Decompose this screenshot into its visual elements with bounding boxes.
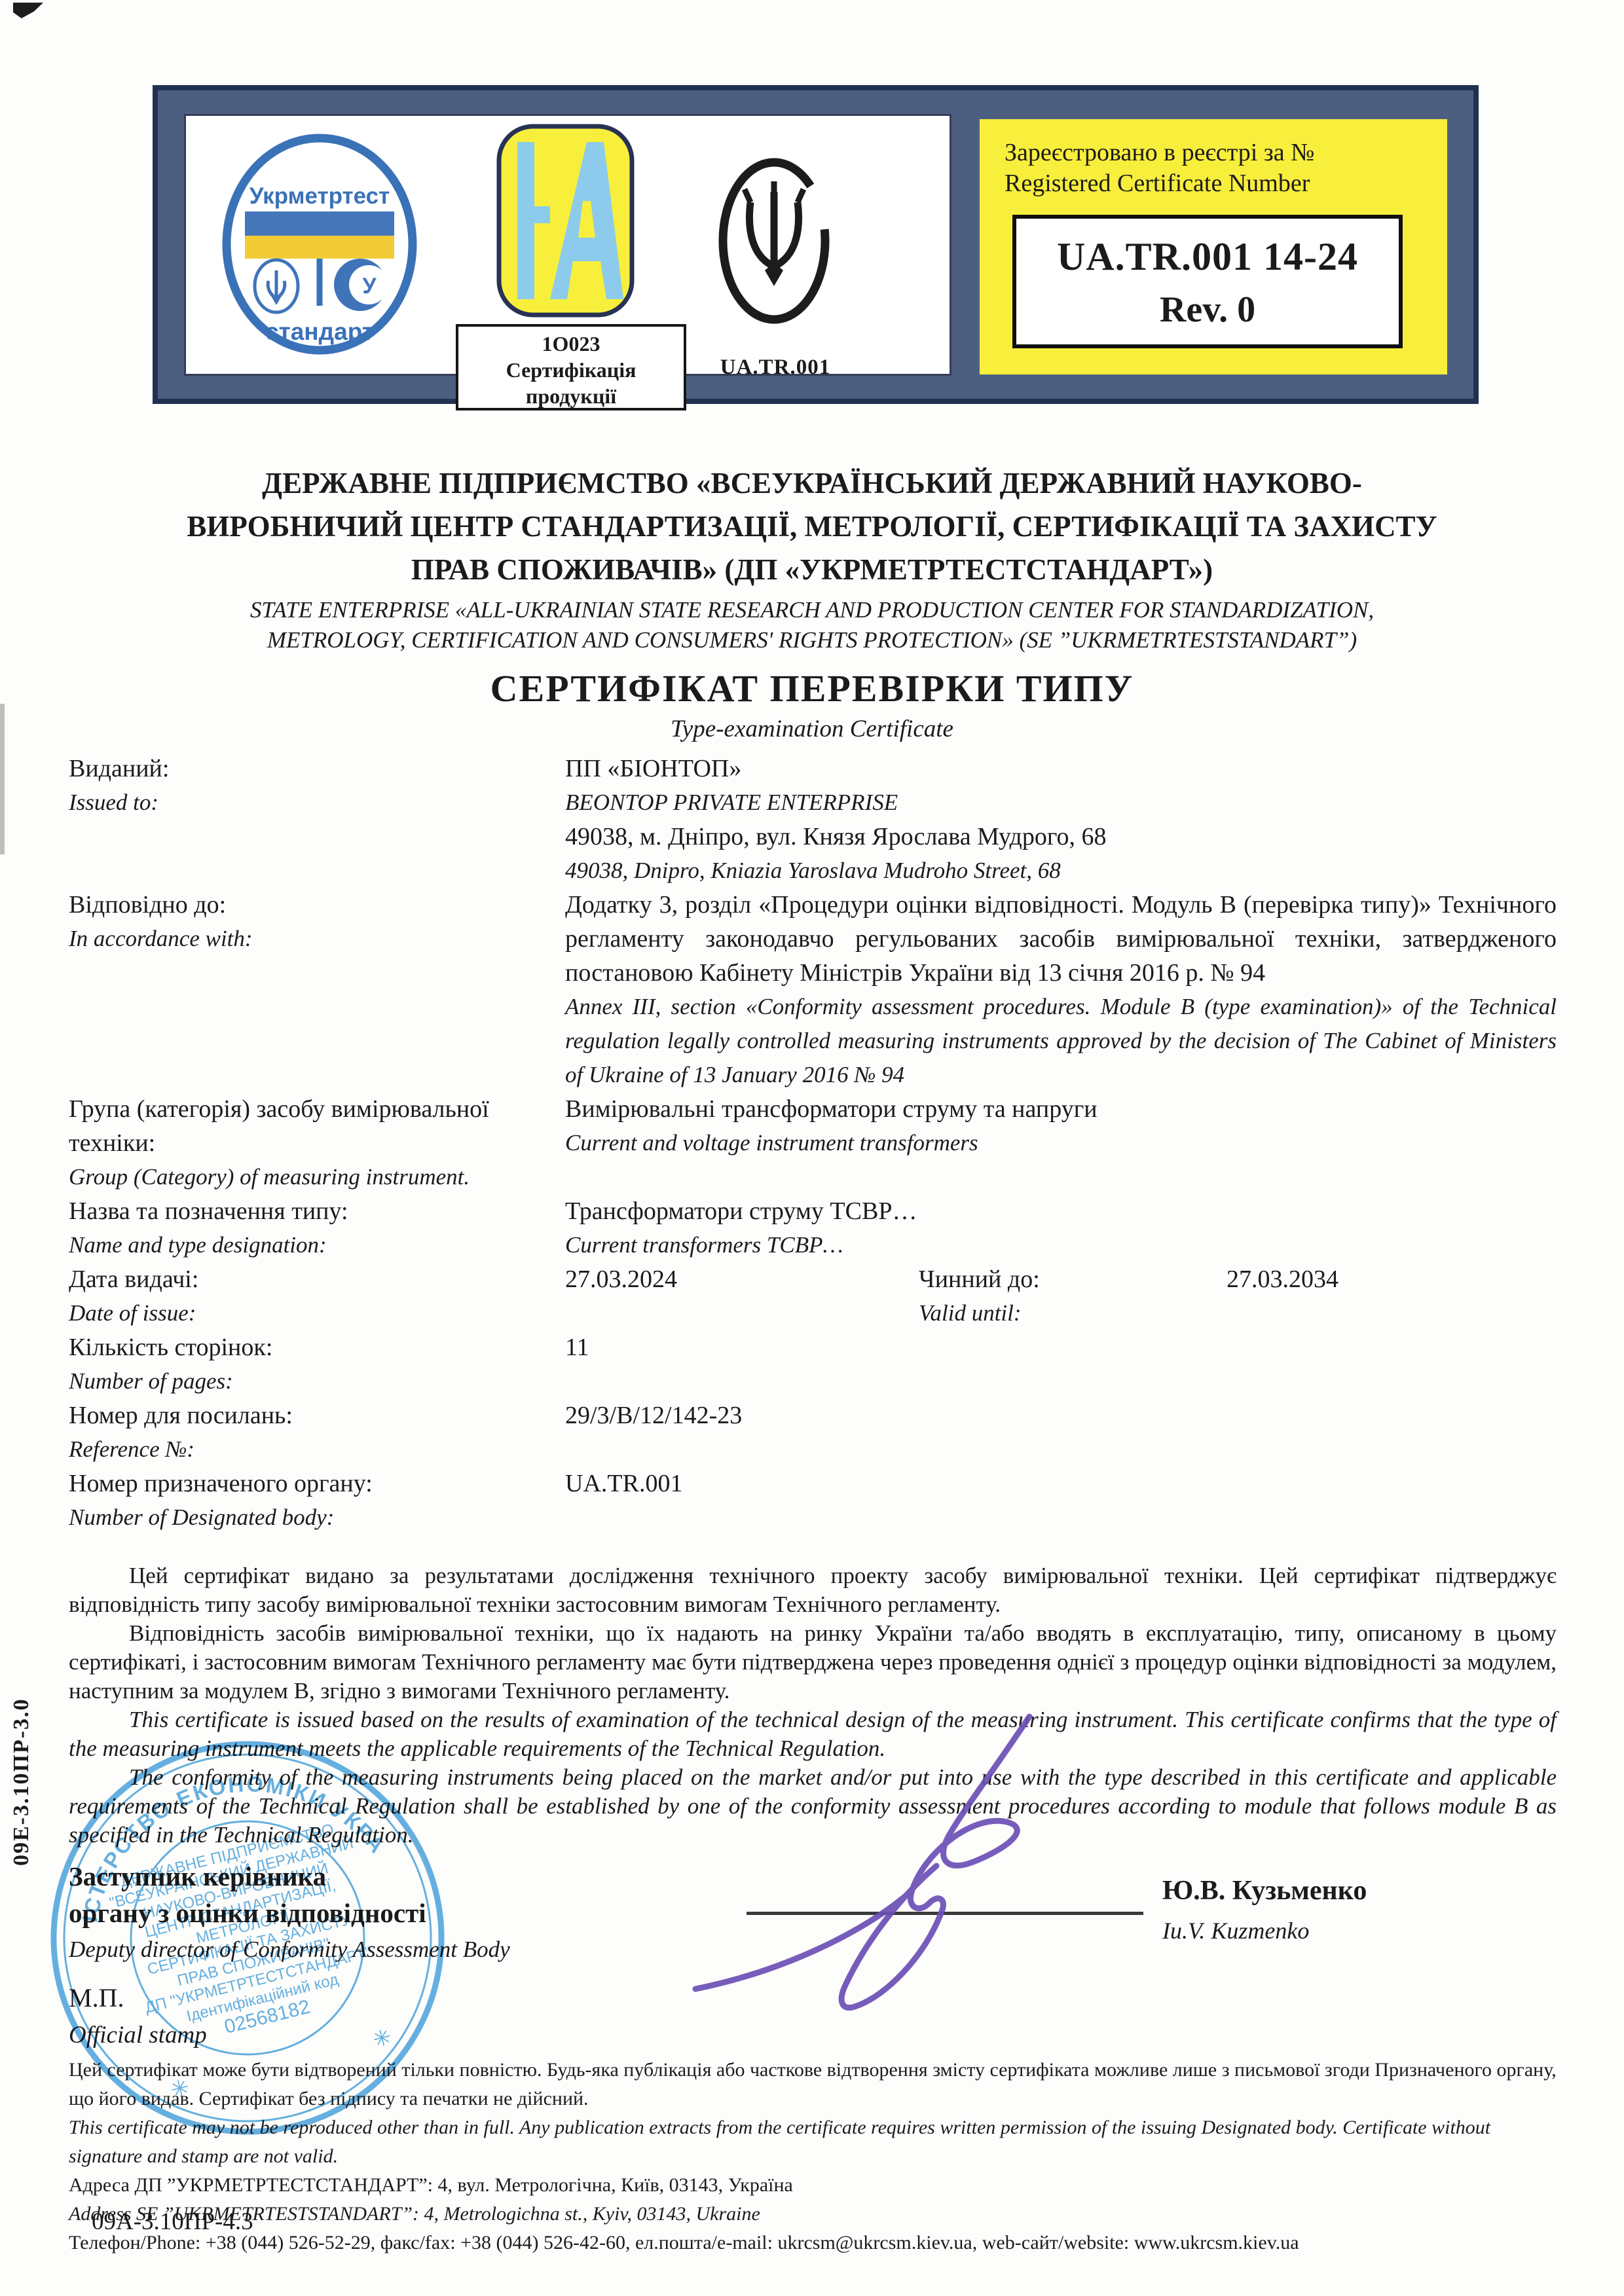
footer-notice-uk: Цей сертифікат може бути відтворений тіл… xyxy=(69,2056,1557,2113)
side-form-code: 09Е-3.10ПР-3.0 xyxy=(9,1525,34,1866)
pages-value: 11 xyxy=(565,1330,1557,1364)
product-certification-box: 1О023 Сертифікація продукції xyxy=(456,324,686,410)
footer-phone: Телефон/Phone: +38 (044) 526-52-29, факс… xyxy=(69,2229,1557,2257)
field-label-uk: Номер для посилань: xyxy=(69,1398,565,1432)
certificate-title: СЕРТИФІКАТ ПЕРЕВІРКИ ТИПУ xyxy=(62,666,1562,710)
ukrmetrtest-text: Укрметртест xyxy=(249,183,390,209)
org-title-uk-line3: ПРАВ СПОЖИВАЧІВ» (ДП «УКРМЕТРТЕСТСТАНДАР… xyxy=(62,548,1562,591)
field-label-en: Issued to: xyxy=(69,786,565,820)
bottom-form-code: 09А-3.10ПР-4.3 xyxy=(92,2208,253,2236)
certificate-page: 09Е-3.10ПР-3.0 Укрметртест У стандарт xyxy=(0,0,1624,2296)
field-label-en: Number of Designated body: xyxy=(69,1501,565,1535)
type-value-en: Current transformers TCBP… xyxy=(565,1228,1557,1262)
registry-label-en: Registered Certificate Number xyxy=(1005,168,1447,199)
stamp-star-right: ✳ xyxy=(370,2025,394,2053)
group-value-en: Current and voltage instrument transform… xyxy=(565,1126,1557,1160)
footer-block: Цей сертифікат може бути відтворений тіл… xyxy=(69,2056,1557,2257)
field-label-en: Name and type designation: xyxy=(69,1228,565,1262)
reference-value: 29/3/В/12/142-23 xyxy=(565,1398,1557,1432)
field-label-en: In accordance with: xyxy=(69,922,565,956)
field-type-designation: Назва та позначення типу: Name and type … xyxy=(69,1194,1557,1262)
issued-to-name-uk: ПП «БІОНТОП» xyxy=(565,752,1557,786)
certificate-revision: Rev. 0 xyxy=(1016,289,1399,331)
field-label-en: Group (Category) of measuring instrument… xyxy=(69,1160,565,1194)
field-label-uk: Дата видачі: xyxy=(69,1262,565,1296)
signatory-name-en: Iu.V. Kuzmenko xyxy=(1162,1917,1555,1944)
org-title-en-line1: STATE ENTERPRISE «ALL-UKRAINIAN STATE RE… xyxy=(62,595,1562,625)
valid-until-value: 27.03.2034 xyxy=(1227,1262,1338,1330)
registry-panel: Зареєстровано в реєстрі за № Registered … xyxy=(980,119,1447,374)
accreditation-na-icon xyxy=(495,122,636,319)
certificate-subtitle: Type-examination Certificate xyxy=(62,715,1562,743)
date-of-issue-value: 27.03.2024 xyxy=(565,1262,919,1330)
trident-code-label: UA.TR.001 xyxy=(697,355,854,380)
org-title-en-line2: METROLOGY, CERTIFICATION AND CONSUMERS' … xyxy=(62,625,1562,655)
issued-to-address-uk: 49038, м. Дніпро, вул. Князя Ярослава Му… xyxy=(565,820,1557,854)
ukrmetrtest-logo-icon: Укрметртест У стандарт xyxy=(220,133,419,358)
valid-until-label-uk: Чинний до: xyxy=(919,1262,1227,1296)
signatory-name-uk: Ю.В. Кузьменко xyxy=(1162,1875,1555,1906)
field-in-accordance: Відповідно до: In accordance with: Додат… xyxy=(69,888,1557,1092)
footer-address-uk: Адреса ДП ”УКРМЕТРТЕСТСТАНДАРТ”: 4, вул.… xyxy=(69,2171,1557,2200)
field-label-uk: Група (категорія) засобу вимірювальної т… xyxy=(69,1092,565,1160)
footer-address-en: Address SE ”UKRMETRTESTSTANDART”: 4, Met… xyxy=(69,2200,1557,2229)
field-reference-number: Номер для посилань: Reference №: 29/3/В/… xyxy=(69,1398,1557,1467)
field-date-of-issue: Дата видачі: Date of issue: 27.03.2024 Ч… xyxy=(69,1262,1557,1330)
field-label-uk: Номер призначеного органу: xyxy=(69,1467,565,1501)
issued-to-name-en: BEONTOP PRIVATE ENTERPRISE xyxy=(565,786,1557,820)
field-designated-body: Номер призначеного органу: Number of Des… xyxy=(69,1467,1557,1535)
logo-panel: Укрметртест У стандарт 1О023 Сертифікац xyxy=(184,114,951,376)
scan-edge-artifact xyxy=(0,704,5,854)
fields-table: Виданий: Issued to: ПП «БІОНТОП» BEONTOP… xyxy=(69,752,1557,1535)
registry-label-uk: Зареєстровано в реєстрі за № xyxy=(1005,137,1447,168)
field-label-en: Number of pages: xyxy=(69,1364,565,1398)
field-label-en: Reference №: xyxy=(69,1432,565,1467)
field-label-uk: Виданий: xyxy=(69,752,565,786)
valid-until-label-en: Valid until: xyxy=(919,1296,1227,1330)
cert-box-code: 1О023 xyxy=(458,331,684,357)
cert-box-line2: Сертифікація xyxy=(458,357,684,383)
field-issued-to: Виданий: Issued to: ПП «БІОНТОП» BEONTOP… xyxy=(69,752,1557,888)
standart-text: стандарт xyxy=(265,318,374,345)
field-label-uk: Відповідно до: xyxy=(69,888,565,922)
field-number-of-pages: Кількість сторінок: Number of pages: 11 xyxy=(69,1330,1557,1398)
registry-number-box: UA.TR.001 14-24 Rev. 0 xyxy=(1012,215,1403,348)
field-label-uk: Кількість сторінок: xyxy=(69,1330,565,1364)
field-label-uk: Назва та позначення типу: xyxy=(69,1194,565,1228)
trident-certification-icon xyxy=(709,139,840,342)
accordance-value-en: Annex III, section «Conformity assessmen… xyxy=(565,990,1557,1092)
header-banner: Укрметртест У стандарт 1О023 Сертифікац xyxy=(153,85,1479,404)
handwritten-signature xyxy=(655,1676,1100,2043)
group-value-uk: Вимірювальні трансформатори струму та на… xyxy=(565,1092,1557,1126)
org-title-uk-line1: ДЕРЖАВНЕ ПІДПРИЄМСТВО «ВСЕУКРАЇНСЬКИЙ ДЕ… xyxy=(62,462,1562,505)
type-value-uk: Трансформатори струму ТСВР… xyxy=(565,1194,1557,1228)
accordance-value-uk: Додатку 3, розділ «Процедури оцінки відп… xyxy=(565,888,1557,990)
cert-box-line3: продукції xyxy=(458,383,684,409)
designated-body-value: UA.TR.001 xyxy=(565,1467,1557,1501)
paragraph-uk-1: Цей сертифікат видано за результатами до… xyxy=(69,1561,1557,1619)
footer-notice-en: This certificate may not be reproduced o… xyxy=(69,2113,1557,2171)
org-title-block: ДЕРЖАВНЕ ПІДПРИЄМСТВО «ВСЕУКРАЇНСЬКИЙ ДЕ… xyxy=(62,462,1562,655)
field-label-en: Date of issue: xyxy=(69,1296,565,1330)
scan-corner-artifact xyxy=(13,3,43,18)
field-group-category: Група (категорія) засобу вимірювальної т… xyxy=(69,1092,1557,1194)
org-title-uk-line2: ВИРОБНИЧИЙ ЦЕНТР СТАНДАРТИЗАЦІЇ, МЕТРОЛО… xyxy=(62,505,1562,548)
certificate-number: UA.TR.001 14-24 xyxy=(1016,234,1399,280)
su-mark-letter: У xyxy=(362,274,377,299)
issued-to-address-en: 49038, Dnipro, Kniazia Yaroslava Mudroho… xyxy=(565,854,1557,888)
signatory-name-block: Ю.В. Кузьменко Iu.V. Kuzmenko xyxy=(1162,1875,1555,1944)
